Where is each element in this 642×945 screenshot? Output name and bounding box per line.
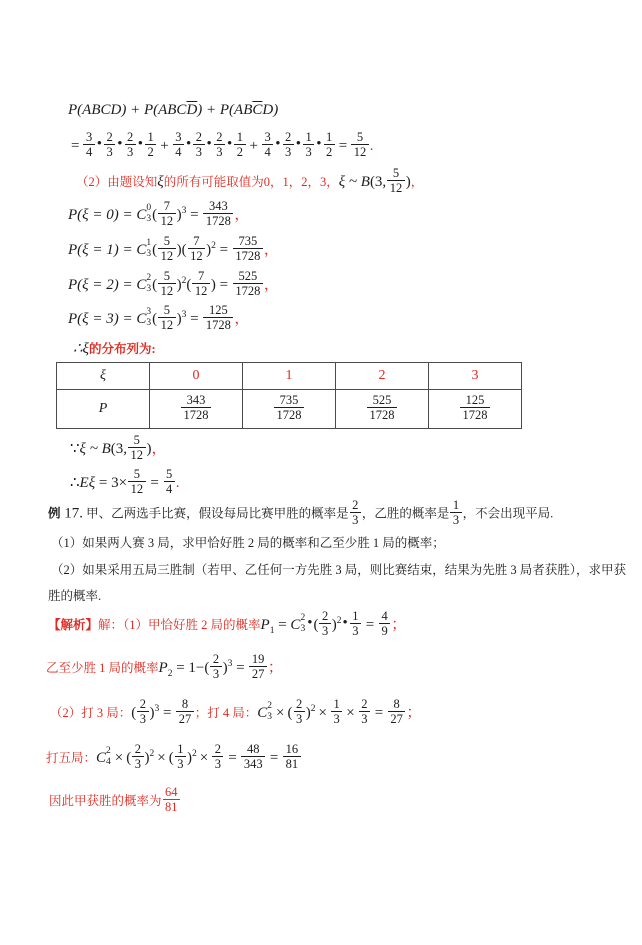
fraction: 512 [158, 234, 176, 263]
exponent: 2 [150, 749, 155, 759]
text-run: （1）如果两人赛 3 局，求甲恰好胜 2 局的概率和乙至少胜 1 局的概率； [51, 536, 445, 550]
prob-xi-1-equation: P(ξ = 1) = C13(512)(712)2 = 7351728， [68, 236, 279, 265]
text-run: P(ξ = 1) = [68, 242, 136, 258]
p1-symbol: P [261, 617, 270, 633]
case2-intro-line: （2）由题设知ξ的所有可能取值为0，1，2，3，ξ ~ B(3,512)， [76, 168, 423, 197]
multiplication-dot: • [97, 136, 102, 152]
distribution-table: ξ 0 1 2 3 P 3431728 7351728 5251728 1251… [56, 362, 522, 429]
combination-indices: 24 [106, 746, 111, 768]
text-run: 打五局： [46, 751, 96, 765]
table-probability-row: P 3431728 7351728 5251728 1251728 [57, 390, 522, 429]
fraction: 23 [350, 498, 361, 527]
value-cell-2: 2 [336, 363, 429, 390]
fraction: 512 [387, 166, 405, 195]
equals-sign: = [274, 617, 290, 633]
text-run: P(ξ = 0) = [68, 207, 136, 223]
text-run: ξ ~ B [80, 441, 111, 457]
comma: ， [264, 277, 279, 293]
text-run: ( [169, 750, 174, 766]
analysis-label: 【解析】 [48, 618, 98, 632]
fraction: 13 [450, 498, 461, 527]
text-run: （2）由题设知 [76, 175, 157, 189]
because-symbol: ∵ [70, 441, 80, 457]
period: . [370, 138, 374, 154]
combination-c: C [96, 750, 106, 766]
multiplication-dot: • [227, 136, 232, 152]
prob-cell-2: 5251728 [336, 390, 429, 429]
fraction: 12 [234, 130, 245, 159]
overline-d: D [186, 102, 197, 118]
example-number: 17. [61, 505, 84, 521]
comma: ， [152, 441, 167, 457]
comma: ， [264, 242, 279, 258]
text-run: ( [131, 705, 136, 721]
text-run: ξ ~ B [339, 174, 370, 190]
probability-sum-expression: P(ABCD) + P(ABCD) + P(ABCD) [68, 101, 278, 120]
fraction: 827 [388, 697, 406, 726]
yi-atleast-line: 乙至少胜 1 局的概率P2 = 1−(23)3 = 1927； [46, 654, 283, 683]
equals-sign: = [371, 705, 387, 721]
fraction: 7351728 [233, 234, 263, 263]
text-run: ( [186, 277, 191, 293]
prob-cell-1: 7351728 [243, 390, 336, 429]
fraction: 1251728 [460, 393, 490, 422]
equals-sign: = [186, 311, 202, 327]
combination-indices: 13 [146, 238, 151, 260]
fraction: 23 [283, 130, 294, 159]
combination-c: C [136, 207, 146, 223]
text-run: ( [152, 242, 157, 258]
value-list: 0，1，2，3， [264, 175, 339, 189]
times-sign: × [276, 705, 284, 721]
equals-sign: = [186, 207, 202, 223]
fraction: 3431728 [181, 393, 211, 422]
times-sign: × [157, 750, 165, 766]
fraction: 23 [137, 697, 148, 726]
play-5-line: 打五局：C24×(23)2×(13)2×23 = 48343 = 1681 [46, 744, 302, 773]
expectation-symbol: Eξ [80, 475, 96, 491]
text-run: 的分布列为: [89, 342, 156, 356]
fraction: 1927 [249, 652, 267, 681]
period: . [176, 475, 180, 491]
exponent: 2 [192, 749, 197, 759]
conclusion-line: 因此甲获胜的概率为6481 [49, 787, 181, 816]
text-run: = 3× [95, 475, 127, 491]
combination-indices: 23 [146, 273, 151, 295]
fraction: 5251728 [233, 269, 263, 298]
text-run: 打 4 局： [207, 706, 257, 720]
multiplication-dot: • [296, 136, 301, 152]
text-run: （2）如果采用五局三胜制（若甲、乙任何一方先胜 3 局，则比赛结束，结果为先胜 … [51, 563, 626, 577]
plus-sign: + [250, 138, 258, 154]
text-run: ( [152, 277, 157, 293]
fraction: 13 [175, 742, 186, 771]
fraction: 512 [158, 269, 176, 298]
fraction: 23 [319, 609, 330, 638]
fraction: 23 [104, 130, 115, 159]
times-sign: × [115, 750, 123, 766]
fraction: 23 [359, 697, 370, 726]
semicolon: ； [391, 617, 406, 633]
comma: ， [234, 311, 249, 327]
text-run: P(ABCD) + P(ABC [68, 102, 186, 118]
equals-sign: = [147, 475, 163, 491]
fraction: 34 [173, 130, 184, 159]
text-run: ) + P(AB [197, 102, 252, 118]
equals-sign: = [71, 138, 79, 154]
equals-sign: = [232, 660, 248, 676]
multiplication-dot: • [316, 136, 321, 152]
fraction: 1251728 [203, 303, 233, 332]
equals-sign: = [216, 277, 232, 293]
fraction: 23 [210, 652, 221, 681]
semicolon: ； [195, 706, 208, 720]
example-label: 例 [48, 506, 61, 520]
fraction: 12 [324, 130, 335, 159]
multiplication-dot: • [186, 136, 191, 152]
text-run: 解：（1）甲恰好胜 2 局的概率 [98, 618, 261, 632]
fraction: 512 [158, 303, 176, 332]
document-page: P(ABCD) + P(ABCD) + P(ABCD) =34•23•23•12… [0, 0, 642, 945]
fraction: 54 [164, 467, 175, 496]
fraction: 49 [379, 609, 390, 638]
expectation-line: ∴Eξ = 3×512 = 54. [70, 469, 180, 498]
prob-xi-0-equation: P(ξ = 0) = C03(712)3 = 3431728， [68, 201, 249, 230]
p-header-cell: P [57, 390, 150, 429]
semicolon: ； [268, 660, 283, 676]
fraction: 3431728 [203, 199, 233, 228]
equals-sign: = [159, 705, 175, 721]
times-sign: × [346, 705, 354, 721]
plus-sign: + [160, 138, 168, 154]
multiplication-dot: • [307, 615, 312, 631]
fraction: 23 [132, 742, 143, 771]
comma: ， [234, 207, 249, 223]
text-run: )( [177, 242, 187, 258]
combination-indices: 23 [300, 613, 305, 635]
xi-header-cell: ξ [57, 363, 150, 390]
fraction: 23 [294, 697, 305, 726]
fraction: 512 [128, 433, 146, 462]
comma: ， [411, 175, 424, 189]
table-header-row: ξ 0 1 2 3 [57, 363, 522, 390]
exponent: 2 [311, 704, 316, 714]
fraction: 712 [192, 269, 210, 298]
fraction: 13 [350, 609, 361, 638]
text-run: 甲、乙两选手比赛，假设每局比赛甲胜的概率是 [83, 506, 349, 520]
text-run: ( [204, 660, 209, 676]
equals-sign: = [216, 242, 232, 258]
text-run: ，不会出现平局. [463, 506, 554, 520]
value-cell-1: 1 [243, 363, 336, 390]
combination-c: C [257, 705, 267, 721]
p2-symbol: P [159, 660, 168, 676]
prob-xi-3-equation: P(ξ = 3) = C33(512)3 = 1251728， [68, 305, 249, 334]
multiplication-dot: • [138, 136, 143, 152]
equals-sign: = [339, 138, 347, 154]
text-run: ( [152, 207, 157, 223]
multiplication-dot: • [207, 136, 212, 152]
text-run: （2）打 3 局： [50, 706, 131, 720]
since-binomial-line: ∵ξ ~ B(3,512)， [70, 435, 167, 464]
value-cell-3: 3 [429, 363, 522, 390]
combination-c: C [136, 242, 146, 258]
text-run: ( [313, 617, 318, 633]
therefore-xi: ∴ξ [73, 341, 89, 357]
equals-sign: = [266, 750, 282, 766]
combination-indices: 23 [267, 701, 272, 723]
fraction: 5251728 [367, 393, 397, 422]
text-run: ，乙胜的概率是 [362, 506, 450, 520]
text-run: ( [152, 311, 157, 327]
text-run: P(ξ = 2) = [68, 277, 136, 293]
prob-xi-2-equation: P(ξ = 2) = C23(512)2(712) = 5251728， [68, 271, 279, 300]
fraction: 23 [125, 130, 136, 159]
text-run: P(ξ = 3) = [68, 311, 136, 327]
text-run: 乙至少胜 1 局的概率 [46, 661, 159, 675]
equals-sign: = [224, 750, 240, 766]
therefore-symbol: ∴ [70, 475, 80, 491]
text-run: 的所有可能取值为 [164, 175, 264, 189]
fraction: 23 [214, 130, 225, 159]
fraction: 1681 [283, 742, 301, 771]
fraction: 512 [351, 130, 369, 159]
question-2-line-2: 胜的概率. [48, 589, 101, 605]
fraction: 23 [212, 742, 223, 771]
combination-c: C [290, 617, 300, 633]
text-run: 因此甲获胜的概率为 [49, 794, 162, 808]
example-17-statement: 例 17. 甲、乙两选手比赛，假设每局比赛甲胜的概率是23，乙胜的概率是13，不… [48, 500, 553, 529]
multiplication-dot: • [117, 136, 122, 152]
equals-sign: = [362, 617, 378, 633]
text-run: = 1− [172, 660, 204, 676]
exponent: 2 [337, 616, 342, 626]
question-2-line-1: （2）如果采用五局三胜制（若甲、乙任何一方先胜 3 局，则比赛结束，结果为先胜 … [51, 563, 626, 579]
fraction: 12 [145, 130, 156, 159]
fraction: 6481 [163, 785, 181, 814]
distribution-label: ∴ξ的分布列为: [73, 340, 156, 359]
value-cell-0: 0 [150, 363, 243, 390]
multiplication-dot: • [275, 136, 280, 152]
text-run: (3, [111, 441, 127, 457]
combination-c: C [136, 277, 146, 293]
analysis-line: 【解析】解：（1）甲恰好胜 2 局的概率P1 = C23•(23)2•13 = … [48, 611, 406, 640]
fraction: 712 [158, 199, 176, 228]
fraction: 13 [303, 130, 314, 159]
question-1-line: （1）如果两人赛 3 局，求甲恰好胜 2 局的概率和乙至少胜 1 局的概率； [51, 536, 445, 552]
fraction: 827 [176, 697, 194, 726]
fraction: 23 [193, 130, 204, 159]
fraction-product-equation: =34•23•23•12+34•23•23•12+34•23•13•12=512… [68, 132, 374, 161]
combination-indices: 03 [146, 203, 151, 225]
semicolon: ； [406, 705, 421, 721]
fraction: 712 [188, 234, 206, 263]
times-sign: × [200, 750, 208, 766]
play-3-4-line: （2）打 3 局：(23)3 = 827；打 4 局：C23×(23)2×13×… [50, 699, 421, 728]
prob-cell-3: 1251728 [429, 390, 522, 429]
fraction: 48343 [241, 742, 265, 771]
overline-c: C [252, 102, 262, 118]
prob-cell-0: 3431728 [150, 390, 243, 429]
text-run: ( [126, 750, 131, 766]
fraction: 512 [128, 467, 146, 496]
combination-indices: 33 [146, 307, 151, 329]
fraction: 7351728 [274, 393, 304, 422]
fraction: 13 [331, 697, 342, 726]
text-run: (3, [370, 174, 386, 190]
multiplication-dot: • [342, 615, 347, 631]
times-sign: × [319, 705, 327, 721]
text-run: 胜的概率. [48, 589, 101, 603]
combination-c: C [136, 311, 146, 327]
fraction: 34 [83, 130, 94, 159]
fraction: 34 [262, 130, 273, 159]
text-run: ( [288, 705, 293, 721]
text-run: D) [262, 102, 278, 118]
